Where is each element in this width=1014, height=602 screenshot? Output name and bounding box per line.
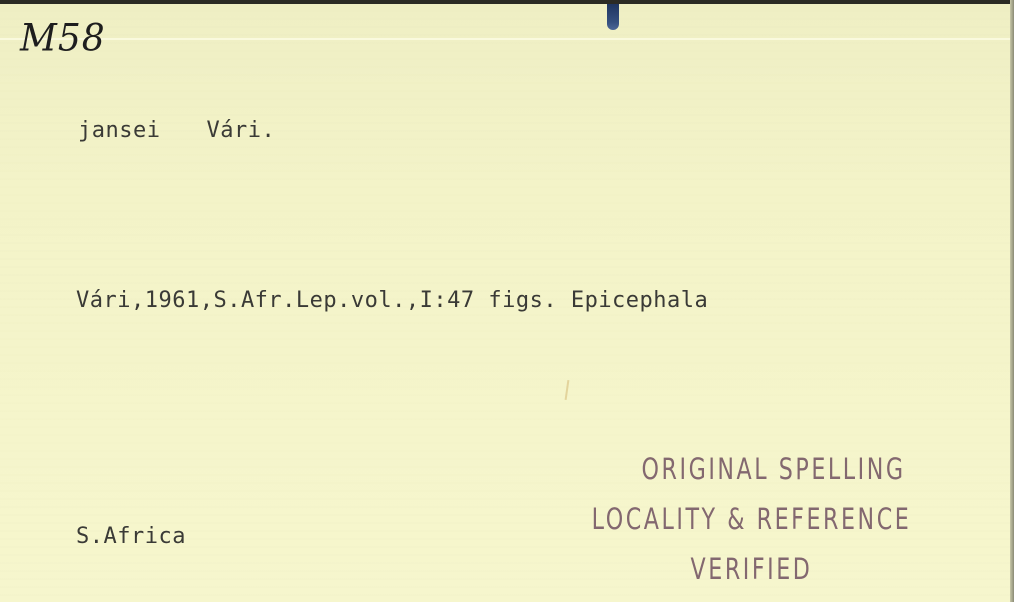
- verification-stamp: ORIGINAL SPELLING LOCALITY & REFERENCE V…: [590, 444, 913, 594]
- card-right-edge: [1010, 0, 1014, 602]
- stamp-line-1: ORIGINAL SPELLING: [634, 444, 913, 494]
- species-author: Vári.: [206, 118, 275, 143]
- paper-speck: [565, 380, 570, 400]
- stamp-line-2: LOCALITY & REFERENCE: [590, 494, 913, 544]
- locality: S.Africa: [76, 524, 186, 549]
- pin-mark: [607, 4, 619, 30]
- catalog-number: M58: [20, 17, 106, 60]
- card-rule-line: [0, 38, 1010, 40]
- species-line: janseiVári.: [78, 118, 275, 143]
- stamp-line-3: VERIFIED: [590, 544, 913, 594]
- reference-citation: Vári,1961,S.Afr.Lep.vol.,I:47 figs. Epic…: [76, 288, 708, 313]
- index-card: M58 janseiVári. Vári,1961,S.Afr.Lep.vol.…: [0, 4, 1010, 602]
- species-name: jansei: [78, 118, 160, 143]
